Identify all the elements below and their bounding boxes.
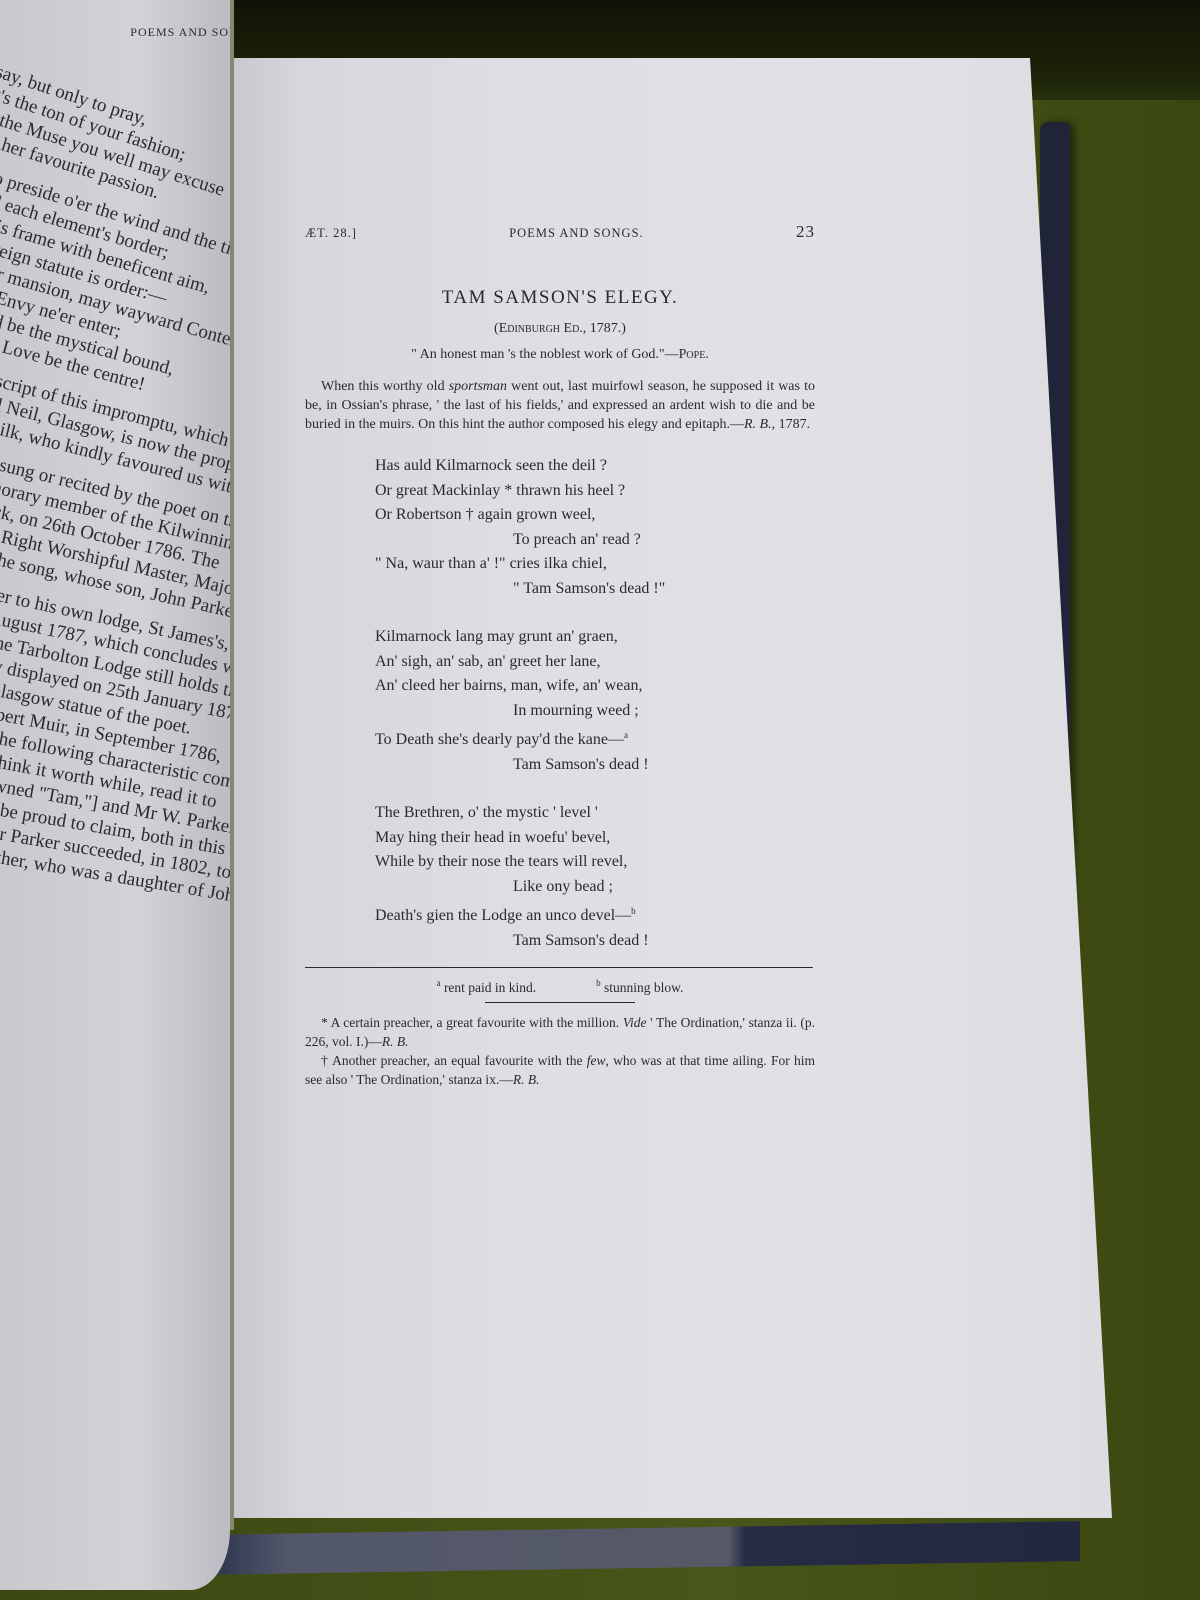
- verse-line: Like ony bead ;: [375, 875, 815, 900]
- verse-line: Death's gien the Lodge an unco devel—b: [375, 899, 815, 929]
- footnote-1-vide: Vide: [623, 1015, 647, 1030]
- gloss-marker: a: [624, 730, 628, 740]
- left-page-lines: le to say, but only to pray,aying's the …: [0, 48, 230, 864]
- verse-line: Kilmarnock lang may grunt an' graen,: [375, 625, 815, 650]
- verse-text: Or great Mackinlay * thrawn his heel ?: [375, 482, 625, 499]
- footnote-1-text: * A certain preacher, a great favourite …: [321, 1015, 623, 1030]
- verse-line: " Na, waur than a' !" cries ilka chiel,: [375, 552, 815, 577]
- verse-line: The Brethren, o' the mystic ' level ': [375, 801, 815, 826]
- verse-text: In mourning weed ;: [513, 702, 639, 719]
- verse-line: Or Robertson † again grown weel,: [375, 503, 815, 528]
- verse-text: " Na, waur than a' !" cries ilka chiel,: [375, 555, 607, 572]
- poem-body: Has auld Kilmarnock seen the deil ?Or gr…: [375, 454, 815, 953]
- verse-line: In mourning weed ;: [375, 699, 815, 724]
- verse-text: May hing their head in woefu' bevel,: [375, 829, 610, 846]
- gloss-marker: b: [631, 906, 636, 916]
- intro-paragraph: When this worthy old sportsman went out,…: [305, 377, 815, 434]
- verse-text: Death's gien the Lodge an unco devel—: [375, 907, 631, 924]
- footnotes: * A certain preacher, a great favourite …: [305, 1013, 815, 1089]
- glosses: a rent paid in kind. b stunning blow.: [305, 978, 815, 996]
- epigraph-quote: " An honest man 's the noblest work of G…: [411, 347, 678, 362]
- verse-text: Has auld Kilmarnock seen the deil ?: [375, 457, 607, 474]
- footnote-rule: [305, 967, 813, 968]
- intro-text-1: When this worthy old: [321, 379, 449, 394]
- left-page-text: POEMS AND SONGS. le to say, but only to …: [0, 20, 230, 864]
- edition-name: Edinburgh Ed.: [499, 321, 583, 336]
- verse-line: Tam Samson's dead !: [375, 929, 815, 954]
- intro-attribution: R. B.: [744, 417, 772, 432]
- verse-text: The Brethren, o' the mystic ' level ': [375, 804, 598, 821]
- verse-text: Like ony bead ;: [513, 878, 613, 895]
- verse-text: While by their nose the tears will revel…: [375, 853, 627, 870]
- gloss-a-text: rent paid in kind.: [441, 980, 537, 995]
- verse-line: Has auld Kilmarnock seen the deil ?: [375, 454, 815, 479]
- verse-line: To preach an' read ?: [375, 528, 815, 553]
- verse-line: May hing their head in woefu' bevel,: [375, 826, 815, 851]
- left-running-head: POEMS AND SONGS.: [0, 20, 230, 44]
- stanza: Kilmarnock lang may grunt an' graen,An' …: [375, 625, 815, 777]
- verse-text: To Death she's dearly pay'd the kane—: [375, 731, 624, 748]
- verse-text: An' cleed her bairns, man, wife, an' wea…: [375, 677, 642, 694]
- footnote-2-few: few: [587, 1053, 606, 1068]
- running-head-title: POEMS AND SONGS.: [509, 226, 643, 241]
- footnote-dagger: † Another preacher, an equal favourite w…: [305, 1051, 815, 1089]
- verse-text: " Tam Samson's dead !": [513, 580, 665, 597]
- gloss-b: b stunning blow.: [596, 978, 683, 996]
- footnote-2-attribution: R. B.: [513, 1072, 540, 1087]
- running-head-age: ÆT. 28.]: [305, 226, 357, 241]
- running-head: ÆT. 28.] POEMS AND SONGS. 23: [305, 222, 815, 242]
- stanza: Has auld Kilmarnock seen the deil ?Or gr…: [375, 454, 815, 601]
- right-page-content: ÆT. 28.] POEMS AND SONGS. 23 TAM SAMSON'…: [305, 222, 815, 1089]
- gloss-a: a rent paid in kind.: [437, 978, 537, 996]
- left-page: POEMS AND SONGS. le to say, but only to …: [0, 0, 230, 1590]
- verse-line: To Death she's dearly pay'd the kane—a: [375, 723, 815, 753]
- verse-line: An' sigh, an' sab, an' greet her lane,: [375, 650, 815, 675]
- verse-text: An' sigh, an' sab, an' greet her lane,: [375, 653, 600, 670]
- verse-text: Kilmarnock lang may grunt an' graen,: [375, 628, 618, 645]
- verse-line: While by their nose the tears will revel…: [375, 850, 815, 875]
- footnote-1-attribution: R. B.: [382, 1034, 409, 1049]
- footnote-asterisk: * A certain preacher, a great favourite …: [305, 1013, 815, 1051]
- footnote-2-text: † Another preacher, an equal favourite w…: [321, 1053, 587, 1068]
- edition-year: , 1787.): [583, 321, 626, 336]
- short-rule: [485, 1002, 635, 1003]
- verse-text: Tam Samson's dead !: [513, 756, 649, 773]
- verse-line: An' cleed her bairns, man, wife, an' wea…: [375, 674, 815, 699]
- intro-year: , 1787.: [772, 417, 811, 432]
- edition-note: (Edinburgh Ed., 1787.): [305, 321, 815, 337]
- verse-text: Or Robertson † again grown weel,: [375, 506, 595, 523]
- verse-line: Tam Samson's dead !: [375, 753, 815, 778]
- poem-title: TAM SAMSON'S ELEGY.: [305, 287, 815, 309]
- stanza: The Brethren, o' the mystic ' level 'May…: [375, 801, 815, 953]
- verse-line: Or great Mackinlay * thrawn his heel ?: [375, 479, 815, 504]
- verse-text: Tam Samson's dead !: [513, 932, 649, 949]
- verse-text: To preach an' read ?: [513, 531, 641, 548]
- verse-line: " Tam Samson's dead !": [375, 577, 815, 602]
- epigraph-author: Pope.: [679, 347, 709, 362]
- gloss-b-text: stunning blow.: [601, 980, 684, 995]
- intro-italic-sportsman: sportsman: [449, 379, 507, 394]
- epigraph: " An honest man 's the noblest work of G…: [305, 347, 815, 363]
- page-number: 23: [796, 222, 815, 242]
